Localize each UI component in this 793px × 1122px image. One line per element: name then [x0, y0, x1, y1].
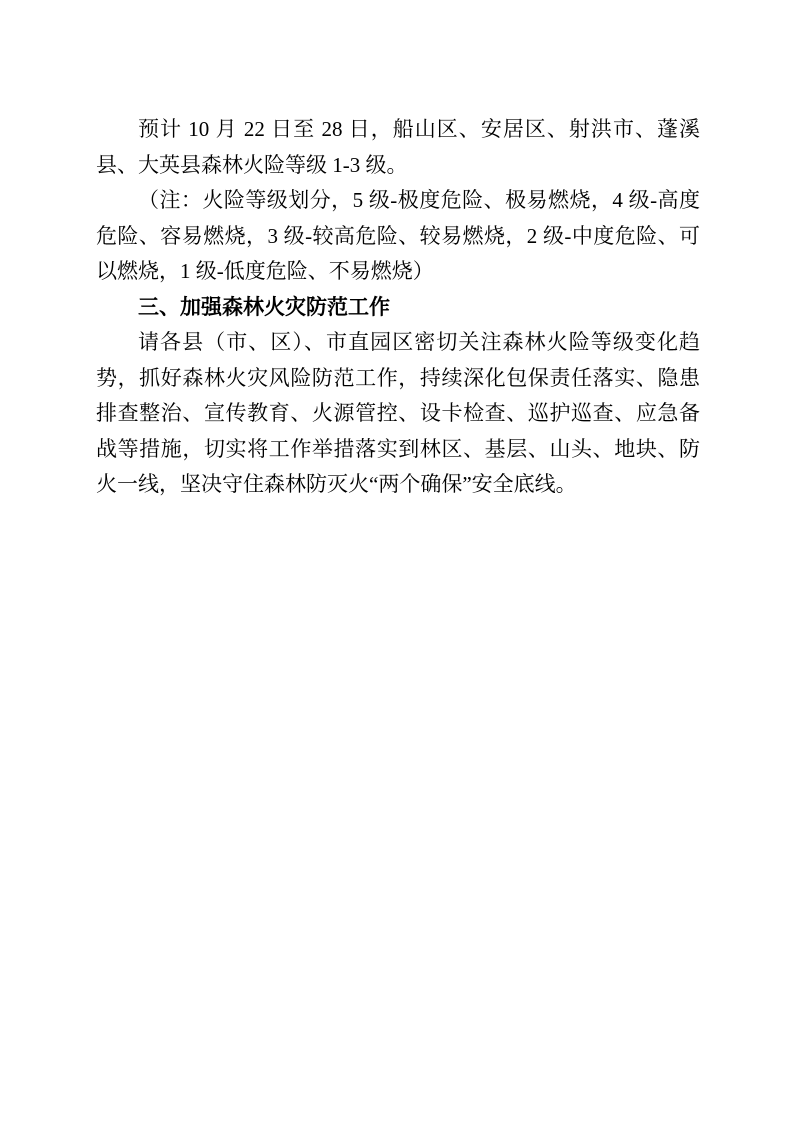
document-page: 预计 10 月 22 日至 28 日，船山区、安居区、射洪市、蓬溪县、大英县森林…: [0, 0, 793, 1122]
paragraph-fire-danger-note: （注：火险等级划分，5 级-极度危险、极易燃烧，4 级-高度危险、容易燃烧，3 …: [96, 183, 700, 290]
paragraph-forecast: 预计 10 月 22 日至 28 日，船山区、安居区、射洪市、蓬溪县、大英县森林…: [96, 112, 700, 183]
section-heading-prevention-work: 三、加强森林火灾防范工作: [96, 290, 700, 326]
paragraph-prevention-measures: 请各县（市、区）、市直园区密切关注森林火险等级变化趋势，抓好森林火灾风险防范工作…: [96, 325, 700, 503]
